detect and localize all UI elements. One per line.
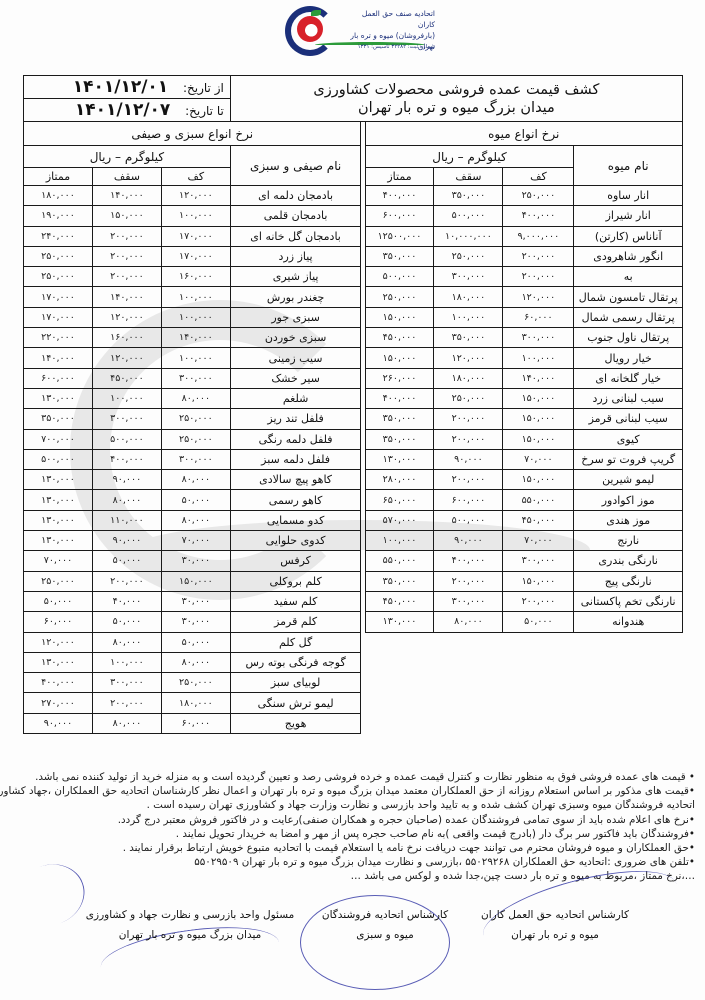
table-row: پرتقال تامسون شمال۱۲۰,۰۰۰۱۸۰,۰۰۰۲۵۰,۰۰۰چ… [24,287,683,307]
fruit-name-cell: نارنج [574,531,683,551]
vegetable-name-cell: فلفل تند ریز [230,409,361,429]
from-date: از تاریخ: ۱۴۰۱/۱۲/۰۱ [24,76,231,99]
veg-col-premium: ممتاز [24,168,93,186]
table-row: به۲۰۰,۰۰۰۳۰۰,۰۰۰۵۰۰,۰۰۰پیاز شیری۱۶۰,۰۰۰۲… [24,267,683,287]
fruit-premium-cell: ۶۵۰,۰۰۰ [365,490,434,510]
vegetable-max-cell: ۳۰۰,۰۰۰ [92,409,161,429]
fruit-max-cell: ۶۰۰,۰۰۰ [434,490,503,510]
vegetable-min-cell: ۵۰,۰۰۰ [161,490,230,510]
vegetable-premium-cell: ۲۵۰,۰۰۰ [24,246,93,266]
fruit-min-cell: ۴۵۰,۰۰۰ [503,510,574,530]
table-row: گل کلم۵۰,۰۰۰۸۰,۰۰۰۱۲۰,۰۰۰ [24,632,683,652]
vegetable-name-cell: سیر خشک [230,368,361,388]
vegetable-max-cell: ۱۲۰,۰۰۰ [92,307,161,327]
table-row: گوجه فرنگی بوته رس۸۰,۰۰۰۱۰۰,۰۰۰۱۳۰,۰۰۰ [24,652,683,672]
to-date: تا تاریخ: ۱۴۰۱/۱۲/۰۷ [24,99,231,122]
table-row: انار شیراز۴۰۰,۰۰۰۵۰۰,۰۰۰۶۰۰,۰۰۰بادمجان ق… [24,206,683,226]
vegetable-name-cell: لیمو ترش سنگی [230,693,361,713]
veg-col-max: سقف [92,168,161,186]
table-row: خیار رویال۱۰۰,۰۰۰۱۲۰,۰۰۰۱۵۰,۰۰۰سیب زمینی… [24,348,683,368]
vegetable-premium-cell: ۱۲۰,۰۰۰ [24,632,93,652]
vegetable-max-cell: ۸۰,۰۰۰ [92,632,161,652]
vegetable-name-cell: بادمجان قلمی [230,206,361,226]
fruit-min-cell: ۱۵۰,۰۰۰ [503,571,574,591]
vegetable-max-cell: ۹۰,۰۰۰ [92,470,161,490]
fruit-max-cell: ۹۰,۰۰۰ [434,531,503,551]
vegetable-name-cell: سیب زمینی [230,348,361,368]
vegetable-name-cell: سبزی خوردن [230,328,361,348]
fruit-min-cell: ۹,۰۰۰,۰۰۰ [503,226,574,246]
vegetable-min-cell: ۲۵۰,۰۰۰ [161,429,230,449]
table-row: انگور شاهرودی۲۰۰,۰۰۰۲۵۰,۰۰۰۳۵۰,۰۰۰پیاز ز… [24,246,683,266]
vegetable-premium-cell: ۱۳۰,۰۰۰ [24,510,93,530]
vegetable-premium-cell: ۲۵۰,۰۰۰ [24,571,93,591]
vegetable-premium-cell: ۷۰,۰۰۰ [24,551,93,571]
vegetable-premium-cell: ۶۰۰,۰۰۰ [24,368,93,388]
vegetable-premium-cell: ۷۰۰,۰۰۰ [24,429,93,449]
fruit-max-cell: ۹۰,۰۰۰ [434,449,503,469]
fruit-name-cell: به [574,267,683,287]
table-row: لیمو شیرین۱۵۰,۰۰۰۲۰۰,۰۰۰۲۸۰,۰۰۰کاهو پیچ … [24,470,683,490]
fruit-max-cell: ۳۰۰,۰۰۰ [434,267,503,287]
fruit-name-cell: خیار گلخانه ای [574,368,683,388]
fruit-name-cell: لیمو شیرین [574,470,683,490]
fruit-min-cell: ۳۰۰,۰۰۰ [503,328,574,348]
fruit-min-cell: ۱۲۰,۰۰۰ [503,287,574,307]
table-row: نارنگی تخم پاکستانی۲۰۰,۰۰۰۳۰۰,۰۰۰۴۵۰,۰۰۰… [24,591,683,611]
vegetable-min-cell: ۱۰۰,۰۰۰ [161,307,230,327]
fruit-col-min: کف [503,168,574,186]
org-name-line1: اتحادیه صنف حق العمل کاران [345,8,435,30]
note: •تلفن های ضروری :اتحادیه حق العملکاران ۵… [30,855,695,869]
fruit-max-cell: ۱۰۰,۰۰۰ [434,307,503,327]
fruit-premium-cell: ۵۰۰,۰۰۰ [365,267,434,287]
fruit-premium-cell: ۱۳۰,۰۰۰ [365,449,434,469]
fruit-max-cell: ۲۵۰,۰۰۰ [434,388,503,408]
vegetable-premium-cell: ۱۴۰,۰۰۰ [24,348,93,368]
vegetable-min-cell: ۸۰,۰۰۰ [161,388,230,408]
vegetable-max-cell: ۱۵۰,۰۰۰ [92,206,161,226]
vegetable-max-cell: ۲۰۰,۰۰۰ [92,226,161,246]
fruit-name-cell: سیب لبنانی زرد [574,388,683,408]
table-row: پرتقال ناول جنوب۳۰۰,۰۰۰۳۵۰,۰۰۰۴۵۰,۰۰۰سبز… [24,328,683,348]
fruit-min-cell: ۵۰,۰۰۰ [503,612,574,632]
fruit-min-cell: ۲۵۰,۰۰۰ [503,186,574,206]
fruit-premium-cell: ۴۰۰,۰۰۰ [365,388,434,408]
fruit-premium-cell: ۵۵۰,۰۰۰ [365,551,434,571]
vegetable-name-cell: کدوی حلوایی [230,531,361,551]
vegetable-min-cell: ۳۰۰,۰۰۰ [161,449,230,469]
vegetable-min-cell: ۵۰,۰۰۰ [161,632,230,652]
vegetable-premium-cell: ۲۵۰,۰۰۰ [24,267,93,287]
fruit-premium-cell: ۴۵۰,۰۰۰ [365,591,434,611]
vegetable-max-cell: ۱۶۰,۰۰۰ [92,328,161,348]
vegetable-name-cell: پیاز شیری [230,267,361,287]
fruit-min-cell: ۲۰۰,۰۰۰ [503,246,574,266]
vegetable-min-cell: ۸۰,۰۰۰ [161,510,230,530]
fruit-name-cell: نارنگی بندری [574,551,683,571]
fruit-max-cell: ۱۸۰,۰۰۰ [434,287,503,307]
vegetable-name-cell: کرفس [230,551,361,571]
vegetable-premium-cell: ۱۹۰,۰۰۰ [24,206,93,226]
leaf-icon [311,10,321,16]
fruit-max-cell: ۱۸۰,۰۰۰ [434,368,503,388]
fruit-min-cell: ۲۰۰,۰۰۰ [503,591,574,611]
vegetable-unit-header: کیلوگرم – ریال [24,146,231,168]
vegetable-premium-cell: ۵۰۰,۰۰۰ [24,449,93,469]
vegetable-max-cell: ۲۰۰,۰۰۰ [92,571,161,591]
note: •حق العملکاران و میوه فروشان محترم می تو… [30,841,695,855]
fruit-col-premium: ممتاز [365,168,434,186]
vegetable-min-cell: ۱۰۰,۰۰۰ [161,206,230,226]
fruit-max-cell: ۲۵۰,۰۰۰ [434,246,503,266]
org-registration: شماره ثبت: ۳۲۲۸۲ تاسیس: ۱۳۳۱ [335,44,435,50]
vegetable-min-cell: ۸۰,۰۰۰ [161,652,230,672]
note: •نرخ های اعلام شده باید از سوی تمامی فرو… [30,813,695,827]
vegetable-min-cell: ۱۸۰,۰۰۰ [161,693,230,713]
vegetable-min-cell: ۱۷۰,۰۰۰ [161,246,230,266]
table-row: پرتقال رسمی شمال۶۰,۰۰۰۱۰۰,۰۰۰۱۵۰,۰۰۰سبزی… [24,307,683,327]
fruit-max-cell: ۲۰۰,۰۰۰ [434,470,503,490]
vegetable-max-cell: ۱۱۰,۰۰۰ [92,510,161,530]
table-row: لیمو ترش سنگی۱۸۰,۰۰۰۲۰۰,۰۰۰۲۷۰,۰۰۰ [24,693,683,713]
fruit-max-cell: ۴۰۰,۰۰۰ [434,551,503,571]
vegetable-min-cell: ۳۰,۰۰۰ [161,591,230,611]
vegetable-max-cell: ۸۰,۰۰۰ [92,490,161,510]
table-row: نارنگی پیج۱۵۰,۰۰۰۲۰۰,۰۰۰۳۵۰,۰۰۰کلم بروکل… [24,571,683,591]
signature-union-agents: کارشناس اتحادیه حق العمل کاران میوه و تر… [470,905,640,965]
vegetable-name-cell: گل کلم [230,632,361,652]
fruit-premium-cell: ۳۵۰,۰۰۰ [365,571,434,591]
vegetable-min-cell: ۸۰,۰۰۰ [161,470,230,490]
fruit-name-cell: انار ساوه [574,186,683,206]
fruit-premium-cell: ۲۸۰,۰۰۰ [365,470,434,490]
vegetable-min-cell: ۲۵۰,۰۰۰ [161,409,230,429]
vegetable-premium-cell: ۹۰,۰۰۰ [24,713,93,733]
vegetable-name-cell: بادمجان دلمه ای [230,186,361,206]
fruit-name-cell: کیوی [574,429,683,449]
vegetable-name-cell: گوجه فرنگی بوته رس [230,652,361,672]
vegetable-name-cell: کاهو پیچ سالادی [230,470,361,490]
vegetable-min-cell: ۷۰,۰۰۰ [161,531,230,551]
fruit-max-cell: ۵۰۰,۰۰۰ [434,206,503,226]
vegetable-premium-cell: ۳۵۰,۰۰۰ [24,409,93,429]
table-row: هویج۶۰,۰۰۰۸۰,۰۰۰۹۰,۰۰۰ [24,713,683,733]
fruit-premium-cell: ۲۶۰,۰۰۰ [365,368,434,388]
table-row: آناناس (کارتن)۹,۰۰۰,۰۰۰۱۰,۰۰۰,۰۰۰۱۲۵۰۰,۰… [24,226,683,246]
vegetable-name-cell: فلفل دلمه سبز [230,449,361,469]
table-row: انار ساوه۲۵۰,۰۰۰۳۵۰,۰۰۰۴۰۰,۰۰۰بادمجان دل… [24,186,683,206]
vegetable-name-cell: شلغم [230,388,361,408]
vegetable-max-cell: ۴۰۰,۰۰۰ [92,449,161,469]
fruit-min-cell: ۱۵۰,۰۰۰ [503,409,574,429]
fruit-name-cell: آناناس (کارتن) [574,226,683,246]
fruit-min-cell: ۱۰۰,۰۰۰ [503,348,574,368]
document-title: کشف قیمت عمده فروشی محصولات کشاورزی میدا… [230,76,682,122]
vegetable-max-cell: ۲۰۰,۰۰۰ [92,693,161,713]
table-row: کیوی۱۵۰,۰۰۰۲۰۰,۰۰۰۳۵۰,۰۰۰فلفل دلمه رنگی۲… [24,429,683,449]
vegetable-min-cell: ۱۲۰,۰۰۰ [161,186,230,206]
vegetable-name-cell: لوبیای سبز [230,673,361,693]
vegetable-name-cell: هویج [230,713,361,733]
fruit-premium-cell: ۴۰۰,۰۰۰ [365,186,434,206]
vegetable-min-cell: ۳۰,۰۰۰ [161,612,230,632]
vegetable-min-cell: ۳۰,۰۰۰ [161,551,230,571]
vegetable-min-cell: ۱۴۰,۰۰۰ [161,328,230,348]
note: • قیمت های عمده فروشی فوق به منظور نظارت… [30,770,695,784]
vegetable-max-cell: ۱۰۰,۰۰۰ [92,388,161,408]
fruit-min-cell: ۴۰۰,۰۰۰ [503,206,574,226]
vegetable-max-cell: ۲۰۰,۰۰۰ [92,246,161,266]
fruit-name-cell: گریپ فروت تو سرخ [574,449,683,469]
note: •فروشندگان باید فاکتور سر برگ دار (بادرج… [30,827,695,841]
vegetable-premium-cell: ۱۳۰,۰۰۰ [24,531,93,551]
table-row: سیب لبنانی زرد۱۵۰,۰۰۰۲۵۰,۰۰۰۴۰۰,۰۰۰شلغم۸… [24,388,683,408]
fruit-min-cell: ۷۰,۰۰۰ [503,531,574,551]
vegetable-name-cell: فلفل دلمه رنگی [230,429,361,449]
fruit-col-max: سقف [434,168,503,186]
fruit-min-cell: ۱۴۰,۰۰۰ [503,368,574,388]
vegetable-name-cell: کلم قرمز [230,612,361,632]
fruit-max-cell: ۳۵۰,۰۰۰ [434,328,503,348]
vegetable-max-cell: ۵۰,۰۰۰ [92,612,161,632]
vegetables-section-title: نرخ انواع سبزی و صیفی [24,122,361,146]
table-row: گریپ فروت تو سرخ۷۰,۰۰۰۹۰,۰۰۰۱۳۰,۰۰۰فلفل … [24,449,683,469]
vegetable-min-cell: ۱۶۰,۰۰۰ [161,267,230,287]
fruit-premium-cell: ۳۵۰,۰۰۰ [365,409,434,429]
fruit-name-cell: انگور شاهرودی [574,246,683,266]
vegetable-min-cell: ۱۰۰,۰۰۰ [161,287,230,307]
vegetable-premium-cell: ۱۳۰,۰۰۰ [24,490,93,510]
vegetable-min-cell: ۱۵۰,۰۰۰ [161,571,230,591]
signature-inspection-unit: مسئول واحد بازرسی و نظارت جهاد و کشاورزی… [80,905,300,965]
fruit-premium-cell: ۱۳۰,۰۰۰ [365,612,434,632]
vegetable-premium-cell: ۴۰۰,۰۰۰ [24,673,93,693]
title-line1: کشف قیمت عمده فروشی محصولات کشاورزی [237,81,676,99]
vegetable-premium-cell: ۲۴۰,۰۰۰ [24,226,93,246]
fruit-premium-cell: ۱۲۵۰۰,۰۰۰ [365,226,434,246]
fruit-name-cell: خیار رویال [574,348,683,368]
fruit-min-cell: ۷۰,۰۰۰ [503,449,574,469]
table-row: هندوانه۵۰,۰۰۰۸۰,۰۰۰۱۳۰,۰۰۰کلم قرمز۳۰,۰۰۰… [24,612,683,632]
table-row: موز هندی۴۵۰,۰۰۰۵۰۰,۰۰۰۵۷۰,۰۰۰کدو مسمایی۸… [24,510,683,530]
vegetable-max-cell: ۱۴۰,۰۰۰ [92,186,161,206]
fruit-name-header: نام میوه [574,146,683,186]
vegetable-max-cell: ۱۴۰,۰۰۰ [92,287,161,307]
fruit-name-cell: پرتقال رسمی شمال [574,307,683,327]
fruit-max-cell: ۱۲۰,۰۰۰ [434,348,503,368]
vegetable-min-cell: ۱۷۰,۰۰۰ [161,226,230,246]
fruit-max-cell: ۲۰۰,۰۰۰ [434,571,503,591]
fruit-min-cell: ۳۰۰,۰۰۰ [503,551,574,571]
title-line2: میدان بزرگ میوه و تره بار تهران [237,99,676,117]
fruit-premium-cell: ۳۵۰,۰۰۰ [365,246,434,266]
vegetable-premium-cell: ۲۲۰,۰۰۰ [24,328,93,348]
fruit-name-cell: سیب لبنانی قرمز [574,409,683,429]
vegetable-premium-cell: ۵۰,۰۰۰ [24,591,93,611]
signature-sellers-union: کارشناس اتحادیه فروشندگان میوه و سبزی [300,905,470,965]
vegetable-premium-cell: ۱۳۰,۰۰۰ [24,388,93,408]
fruit-premium-cell: ۵۷۰,۰۰۰ [365,510,434,530]
fruit-name-cell: پرتقال ناول جنوب [574,328,683,348]
note: اتحادیه فروشندگان میوه وسبزی تهران کشف ش… [30,798,695,812]
vegetable-max-cell: ۴۵۰,۰۰۰ [92,368,161,388]
vegetable-premium-cell: ۱۸۰,۰۰۰ [24,186,93,206]
fruit-max-cell: ۵۰۰,۰۰۰ [434,510,503,530]
vegetable-max-cell: ۲۰۰,۰۰۰ [92,267,161,287]
vegetable-max-cell: ۹۰,۰۰۰ [92,531,161,551]
vegetable-min-cell: ۲۵۰,۰۰۰ [161,673,230,693]
vegetable-max-cell: ۱۰۰,۰۰۰ [92,652,161,672]
fruit-premium-cell: ۱۵۰,۰۰۰ [365,307,434,327]
veg-col-min: کف [161,168,230,186]
table-row: نارنج۷۰,۰۰۰۹۰,۰۰۰۱۰۰,۰۰۰کدوی حلوایی۷۰,۰۰… [24,531,683,551]
price-table: کشف قیمت عمده فروشی محصولات کشاورزی میدا… [23,75,683,734]
vegetable-premium-cell: ۱۳۰,۰۰۰ [24,652,93,672]
vegetable-premium-cell: ۲۷۰,۰۰۰ [24,693,93,713]
vegetable-min-cell: ۳۰۰,۰۰۰ [161,368,230,388]
table-row: نارنگی بندری۳۰۰,۰۰۰۴۰۰,۰۰۰۵۵۰,۰۰۰کرفس۳۰,… [24,551,683,571]
vegetable-min-cell: ۶۰,۰۰۰ [161,713,230,733]
fruit-premium-cell: ۴۵۰,۰۰۰ [365,328,434,348]
fruit-min-cell: ۱۵۰,۰۰۰ [503,388,574,408]
fruit-name-cell: موز هندی [574,510,683,530]
fruit-max-cell: ۲۰۰,۰۰۰ [434,429,503,449]
vegetable-min-cell: ۱۰۰,۰۰۰ [161,348,230,368]
vegetable-name-cell: کدو مسمایی [230,510,361,530]
notes-section: • قیمت های عمده فروشی فوق به منظور نظارت… [30,770,695,884]
fruit-max-cell: ۸۰,۰۰۰ [434,612,503,632]
vegetable-name-cell: کلم بروکلی [230,571,361,591]
fruit-name-cell: نارنگی تخم پاکستانی [574,591,683,611]
fruit-premium-cell: ۳۵۰,۰۰۰ [365,429,434,449]
vegetable-name-cell: پیاز زرد [230,246,361,266]
fruit-min-cell: ۱۵۰,۰۰۰ [503,429,574,449]
vegetable-name-cell: سبزی جور [230,307,361,327]
fruit-premium-cell: ۱۰۰,۰۰۰ [365,531,434,551]
table-row: سیب لبنانی قرمز۱۵۰,۰۰۰۲۰۰,۰۰۰۳۵۰,۰۰۰فلفل… [24,409,683,429]
signatures: کارشناس اتحادیه حق العمل کاران میوه و تر… [80,905,640,965]
fruit-premium-cell: ۶۰۰,۰۰۰ [365,206,434,226]
vegetable-max-cell: ۸۰,۰۰۰ [92,713,161,733]
vegetable-max-cell: ۵۰۰,۰۰۰ [92,429,161,449]
table-row: موز اکوادور۵۵۰,۰۰۰۶۰۰,۰۰۰۶۵۰,۰۰۰کاهو رسم… [24,490,683,510]
fruit-name-cell: هندوانه [574,612,683,632]
vegetable-max-cell: ۳۰۰,۰۰۰ [92,673,161,693]
fruit-min-cell: ۲۰۰,۰۰۰ [503,267,574,287]
fruits-section-title: نرخ انواع میوه [365,122,682,146]
vegetable-max-cell: ۴۰,۰۰۰ [92,591,161,611]
fruit-min-cell: ۱۵۰,۰۰۰ [503,470,574,490]
vegetable-max-cell: ۱۲۰,۰۰۰ [92,348,161,368]
table-row: لوبیای سبز۲۵۰,۰۰۰۳۰۰,۰۰۰۴۰۰,۰۰۰ [24,673,683,693]
vegetable-premium-cell: ۱۷۰,۰۰۰ [24,307,93,327]
fruit-max-cell: ۳۵۰,۰۰۰ [434,186,503,206]
note: •قیمت های مذکور بر اساس استعلام روزانه ا… [30,784,695,798]
vegetable-premium-cell: ۱۳۰,۰۰۰ [24,470,93,490]
fruit-max-cell: ۳۰۰,۰۰۰ [434,591,503,611]
fruit-premium-cell: ۱۵۰,۰۰۰ [365,348,434,368]
fruit-name-cell: انار شیراز [574,206,683,226]
vegetable-name-cell: چغندر بورش [230,287,361,307]
fruit-min-cell: ۵۵۰,۰۰۰ [503,490,574,510]
vegetable-max-cell: ۵۰,۰۰۰ [92,551,161,571]
fruit-name-cell: پرتقال تامسون شمال [574,287,683,307]
fruit-name-cell: نارنگی پیج [574,571,683,591]
apple-icon [297,16,323,42]
vegetable-name-header: نام صیفی و سبزی [230,146,361,186]
fruit-max-cell: ۱۰,۰۰۰,۰۰۰ [434,226,503,246]
vegetable-premium-cell: ۱۷۰,۰۰۰ [24,287,93,307]
fruit-max-cell: ۲۰۰,۰۰۰ [434,409,503,429]
vegetable-name-cell: کلم سفید [230,591,361,611]
fruit-name-cell: موز اکوادور [574,490,683,510]
vegetable-premium-cell: ۶۰,۰۰۰ [24,612,93,632]
fruit-unit-header: کیلوگرم – ریال [365,146,574,168]
vegetable-name-cell: بادمجان گل خانه ای [230,226,361,246]
union-logo: اتحادیه صنف حق العمل کاران (بارفروشان) م… [285,4,435,60]
table-row: خیار گلخانه ای۱۴۰,۰۰۰۱۸۰,۰۰۰۲۶۰,۰۰۰سیر خ… [24,368,683,388]
vegetable-name-cell: کاهو رسمی [230,490,361,510]
fruit-premium-cell: ۲۵۰,۰۰۰ [365,287,434,307]
fruit-min-cell: ۶۰,۰۰۰ [503,307,574,327]
